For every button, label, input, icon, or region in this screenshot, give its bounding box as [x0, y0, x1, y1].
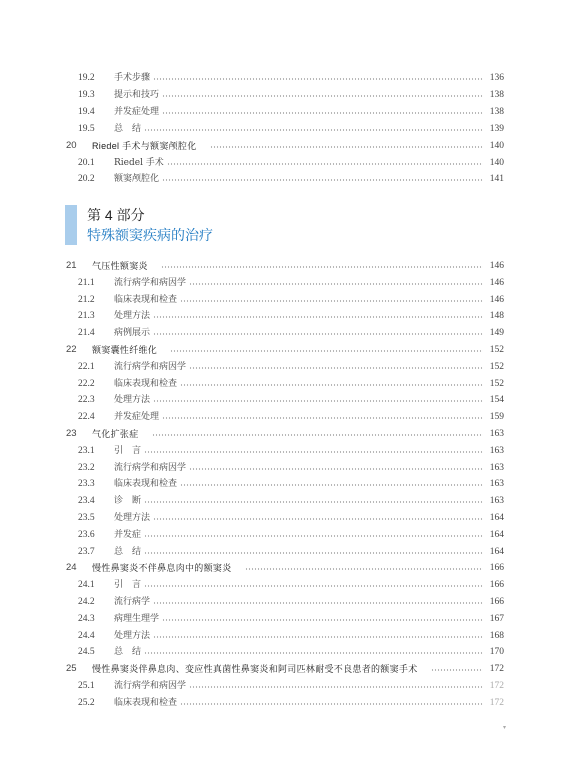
entry-title: 流行病学和病因学: [114, 678, 186, 694]
dot-leader: [161, 266, 483, 268]
dot-leader: [153, 602, 483, 604]
toc-chapter-entry[interactable]: 21气压性额窦炎146: [66, 258, 504, 274]
entry-page-number: 152: [486, 376, 504, 392]
entry-title: 总 结: [114, 121, 141, 137]
toc-section-entry[interactable]: 23.7总 结164: [66, 544, 504, 560]
entry-number: 22: [66, 342, 92, 358]
entry-title: Riedel 手术: [114, 155, 164, 171]
entry-page-number: 164: [486, 527, 504, 543]
entry-number: 21.4: [66, 325, 114, 341]
entry-number: 23: [66, 426, 92, 442]
entry-page-number: 163: [486, 460, 504, 476]
entry-title: 并发症处理: [114, 104, 159, 120]
entry-number: 20.2: [66, 171, 114, 187]
part-accent-bar: [65, 205, 77, 245]
entry-page-number: 146: [486, 258, 504, 274]
dot-leader: [144, 652, 483, 654]
entry-page-number: 152: [486, 342, 504, 358]
toc-section-entry[interactable]: 24.1引 言166: [66, 577, 504, 593]
entry-number: 24.2: [66, 594, 114, 610]
entry-page-number: 172: [486, 678, 504, 694]
entry-number: 20.1: [66, 155, 114, 171]
entry-title: 引 言: [114, 443, 141, 459]
entry-title: 临床表现和检查: [114, 376, 177, 392]
entry-title: 处理方法: [114, 308, 150, 324]
entry-page-number: 172: [486, 661, 504, 677]
toc-section-entry[interactable]: 21.1流行病学和病因学146: [66, 275, 504, 291]
entry-number: 22.2: [66, 376, 114, 392]
dot-leader: [144, 585, 483, 587]
part-title: 特殊额窦疾病的治疗: [87, 225, 213, 245]
entry-page-number: 166: [486, 577, 504, 593]
entry-title: 额窦颅腔化: [114, 171, 159, 187]
toc-section-entry[interactable]: 19.2手术步骤136: [66, 70, 504, 86]
entry-number: 23.5: [66, 510, 114, 526]
dot-leader: [152, 434, 483, 436]
entry-page-number: 163: [486, 476, 504, 492]
toc-chapter-entry[interactable]: 20Riedel 手术与额窦颅腔化140: [66, 138, 504, 154]
entry-number: 22.3: [66, 392, 114, 408]
entry-title: 提示和技巧: [114, 87, 159, 103]
toc-chapter-entry[interactable]: 23气化扩张症163: [66, 426, 504, 442]
toc-section-entry[interactable]: 21.3处理方法148: [66, 308, 504, 324]
toc-section-entry[interactable]: 21.4病例展示149: [66, 325, 504, 341]
dot-leader: [431, 669, 483, 671]
dot-leader: [180, 703, 483, 705]
toc-section-entry[interactable]: 24.3病理生理学167: [66, 611, 504, 627]
entry-page-number: 167: [486, 611, 504, 627]
entry-page-number: 164: [486, 510, 504, 526]
entry-page-number: 148: [486, 308, 504, 324]
entry-page-number: 138: [486, 87, 504, 103]
dot-leader: [162, 95, 483, 97]
entry-page-number: 154: [486, 392, 504, 408]
entry-title: 流行病学和病因学: [114, 460, 186, 476]
toc-section-entry[interactable]: 23.6并发症164: [66, 527, 504, 543]
toc-section-entry[interactable]: 24.2流行病学166: [66, 594, 504, 610]
entry-page-number: 163: [486, 493, 504, 509]
dot-leader: [180, 484, 483, 486]
dot-leader: [144, 501, 483, 503]
entry-title: 慢性鼻窦炎不伴鼻息肉中的额窦炎: [92, 560, 232, 576]
dot-leader: [153, 400, 483, 402]
dot-leader: [162, 619, 483, 621]
toc-section-entry[interactable]: 23.2流行病学和病因学163: [66, 460, 504, 476]
entry-page-number: 166: [486, 594, 504, 610]
dot-leader: [153, 78, 483, 80]
toc-section-entry[interactable]: 23.5处理方法164: [66, 510, 504, 526]
toc-section-entry[interactable]: 23.1引 言163: [66, 443, 504, 459]
entry-number: 23.3: [66, 476, 114, 492]
entry-page-number: 139: [486, 121, 504, 137]
entry-page-number: 164: [486, 544, 504, 560]
entry-title: 病例展示: [114, 325, 150, 341]
entry-title: 病理生理学: [114, 611, 159, 627]
dot-leader: [245, 568, 483, 570]
toc-section-entry[interactable]: 23.4诊 断163: [66, 493, 504, 509]
entry-title: 流行病学: [114, 594, 150, 610]
toc-section-entry[interactable]: 22.1流行病学和病因学152: [66, 359, 504, 375]
dot-leader: [180, 384, 483, 386]
entry-title: 气化扩张症: [92, 426, 139, 442]
dot-leader: [162, 112, 483, 114]
entry-page-number: 163: [486, 426, 504, 442]
toc-section-entry[interactable]: 19.3提示和技巧138: [66, 87, 504, 103]
entry-number: 25: [66, 661, 92, 677]
entry-page-number: 172: [486, 695, 504, 711]
part-label: 第 4 部分: [87, 205, 145, 225]
dot-leader: [153, 518, 483, 520]
entry-page-number: 138: [486, 104, 504, 120]
entry-number: 23.7: [66, 544, 114, 560]
dot-leader: [162, 417, 483, 419]
entry-number: 24.5: [66, 644, 114, 660]
toc-section-entry[interactable]: 19.5总 结139: [66, 121, 504, 137]
entry-number: 25.2: [66, 695, 114, 711]
dot-leader: [153, 636, 483, 638]
entry-title: 总 结: [114, 644, 141, 660]
entry-page-number: 163: [486, 443, 504, 459]
toc-chapter-entry[interactable]: 24慢性鼻窦炎不伴鼻息肉中的额窦炎166: [66, 560, 504, 576]
dot-leader: [180, 300, 483, 302]
dot-leader: [153, 316, 483, 318]
entry-title: 流行病学和病因学: [114, 359, 186, 375]
toc-section-entry[interactable]: 20.2额窦颅腔化141: [66, 171, 504, 187]
corner-mark-icon: ▾: [503, 724, 506, 731]
entry-title: 处理方法: [114, 628, 150, 644]
entry-title: 诊 断: [114, 493, 141, 509]
entry-number: 24.4: [66, 628, 114, 644]
entry-number: 24.3: [66, 611, 114, 627]
entry-number: 21.1: [66, 275, 114, 291]
toc-chapter-entry[interactable]: 25慢性鼻窦炎伴鼻息肉、变应性真菌性鼻窦炎和阿司匹林耐受不良患者的额窦手术172: [66, 661, 504, 677]
entry-title: 额窦囊性纤维化: [92, 342, 157, 358]
toc-section-entry[interactable]: 22.2临床表现和检查152: [66, 376, 504, 392]
entry-title: 流行病学和病因学: [114, 275, 186, 291]
entry-number: 19.4: [66, 104, 114, 120]
entry-title: 手术步骤: [114, 70, 150, 86]
entry-page-number: 159: [486, 409, 504, 425]
entry-number: 23.4: [66, 493, 114, 509]
dot-leader: [189, 367, 483, 369]
toc-section-entry[interactable]: 25.1流行病学和病因学172: [66, 678, 504, 694]
entry-number: 25.1: [66, 678, 114, 694]
entry-title: 处理方法: [114, 510, 150, 526]
toc-section-entry[interactable]: 20.1Riedel 手术140: [66, 155, 504, 171]
toc-section-entry[interactable]: 24.5总 结170: [66, 644, 504, 660]
entry-title: 引 言: [114, 577, 141, 593]
entry-page-number: 168: [486, 628, 504, 644]
entry-title: 并发症: [114, 527, 141, 543]
entry-number: 23.1: [66, 443, 114, 459]
dot-leader: [144, 552, 483, 554]
toc-section-entry[interactable]: 21.2临床表现和检查146: [66, 292, 504, 308]
entry-page-number: 140: [486, 138, 504, 154]
entry-title: Riedel 手术与额窦颅腔化: [92, 138, 197, 154]
dot-leader: [162, 179, 483, 181]
entry-number: 24.1: [66, 577, 114, 593]
entry-number: 19.2: [66, 70, 114, 86]
entry-page-number: 146: [486, 292, 504, 308]
entry-page-number: 136: [486, 70, 504, 86]
entry-number: 20: [66, 138, 92, 154]
dot-leader: [189, 283, 483, 285]
entry-title: 并发症处理: [114, 409, 159, 425]
toc-section-entry[interactable]: 24.4处理方法168: [66, 628, 504, 644]
entry-page-number: 149: [486, 325, 504, 341]
entry-title: 气压性额窦炎: [92, 258, 148, 274]
entry-page-number: 166: [486, 560, 504, 576]
entry-page-number: 152: [486, 359, 504, 375]
entry-number: 23.6: [66, 527, 114, 543]
dot-leader: [189, 468, 483, 470]
entry-number: 23.2: [66, 460, 114, 476]
dot-leader: [210, 146, 483, 148]
toc-section-entry[interactable]: 22.4并发症处理159: [66, 409, 504, 425]
entry-number: 19.3: [66, 87, 114, 103]
entry-title: 临床表现和检查: [114, 695, 177, 711]
entry-number: 22.1: [66, 359, 114, 375]
entry-number: 21: [66, 258, 92, 274]
dot-leader: [144, 535, 483, 537]
entry-page-number: 170: [486, 644, 504, 660]
dot-leader: [144, 129, 483, 131]
entry-number: 22.4: [66, 409, 114, 425]
toc-section-entry[interactable]: 19.4并发症处理138: [66, 104, 504, 120]
entry-page-number: 146: [486, 275, 504, 291]
entry-number: 19.5: [66, 121, 114, 137]
dot-leader: [153, 333, 483, 335]
entry-title: 总 结: [114, 544, 141, 560]
entry-page-number: 140: [486, 155, 504, 171]
entry-title: 处理方法: [114, 392, 150, 408]
dot-leader: [144, 451, 483, 453]
entry-number: 21.3: [66, 308, 114, 324]
toc-section-entry[interactable]: 22.3处理方法154: [66, 392, 504, 408]
toc-section-entry[interactable]: 23.3临床表现和检查163: [66, 476, 504, 492]
dot-leader: [170, 350, 483, 352]
toc-section-entry[interactable]: 25.2临床表现和检查172: [66, 695, 504, 711]
entry-title: 临床表现和检查: [114, 292, 177, 308]
entry-number: 24: [66, 560, 92, 576]
entry-page-number: 141: [486, 171, 504, 187]
entry-title: 临床表现和检查: [114, 476, 177, 492]
dot-leader: [167, 163, 483, 165]
dot-leader: [189, 686, 483, 688]
entry-title: 慢性鼻窦炎伴鼻息肉、变应性真菌性鼻窦炎和阿司匹林耐受不良患者的额窦手术: [92, 661, 418, 677]
entry-number: 21.2: [66, 292, 114, 308]
toc-chapter-entry[interactable]: 22额窦囊性纤维化152: [66, 342, 504, 358]
